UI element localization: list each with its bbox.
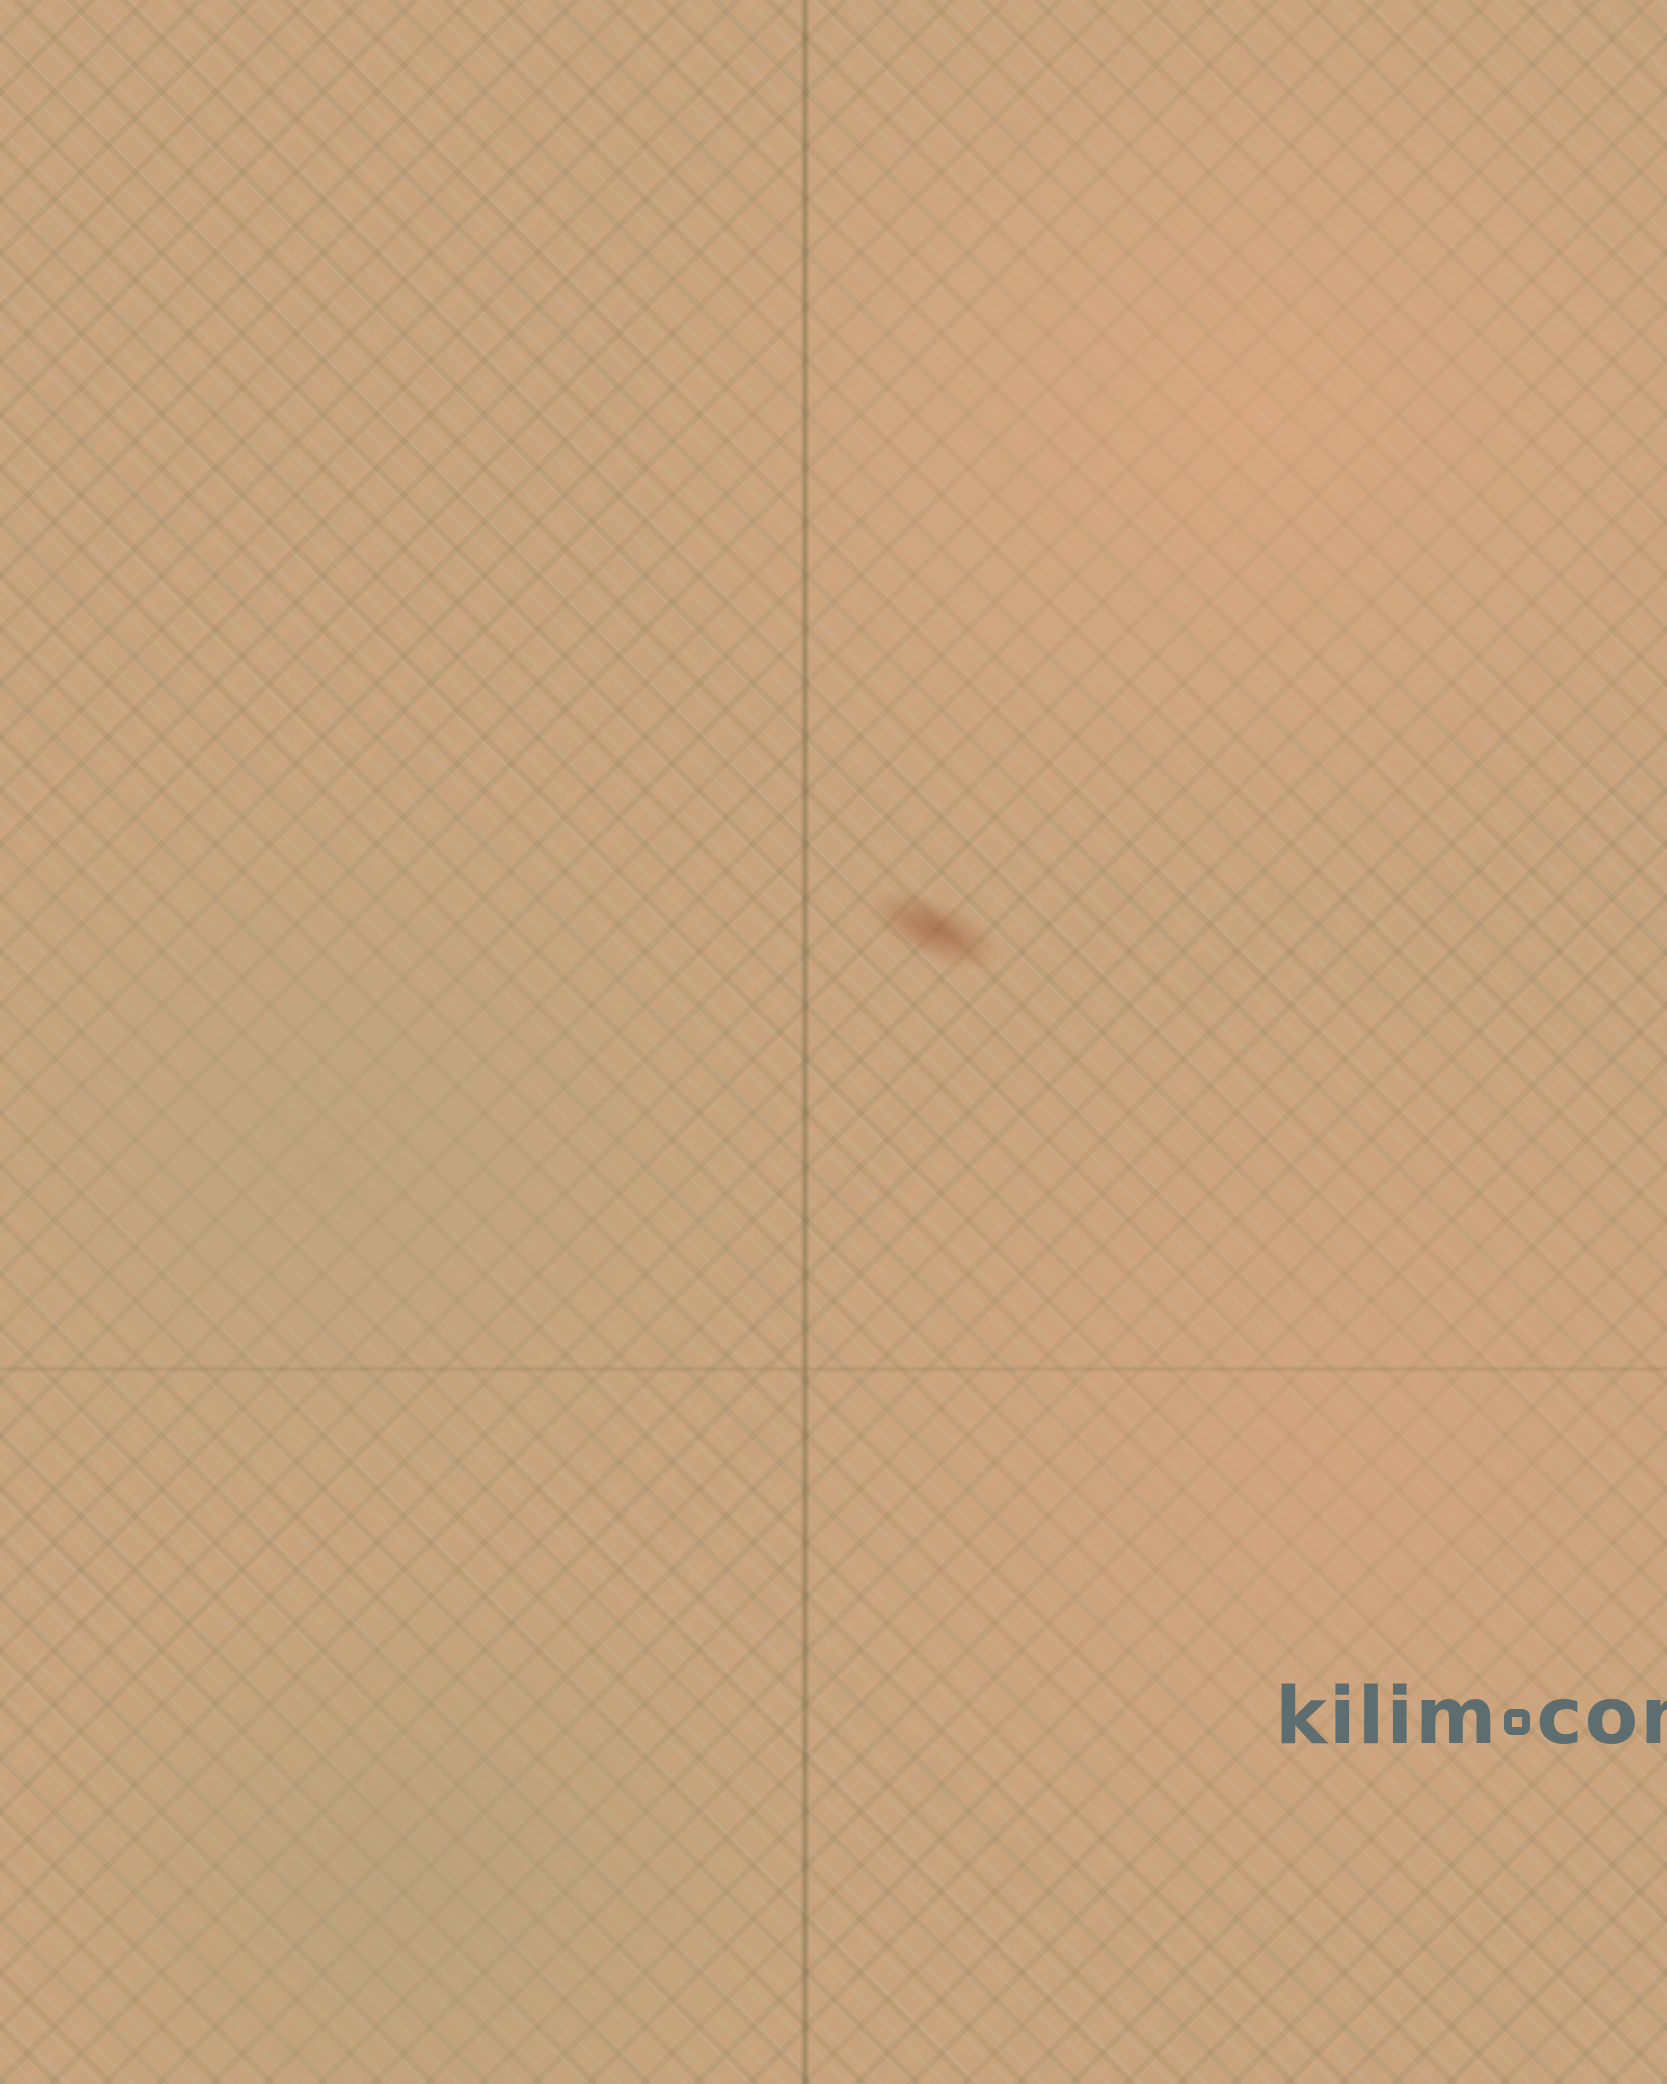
rug-photo: kilim com	[0, 0, 1667, 2084]
rug-vertical-seam	[800, 0, 810, 2084]
watermark-logo: kilim com	[1275, 1678, 1667, 1756]
watermark-text-left: kilim	[1275, 1678, 1498, 1756]
watermark-dot-icon	[1504, 1709, 1530, 1735]
watermark-text-right: com	[1536, 1678, 1667, 1756]
rug-fold-shadow	[854, 871, 1015, 989]
rug-horizontal-crease	[0, 1365, 1667, 1373]
